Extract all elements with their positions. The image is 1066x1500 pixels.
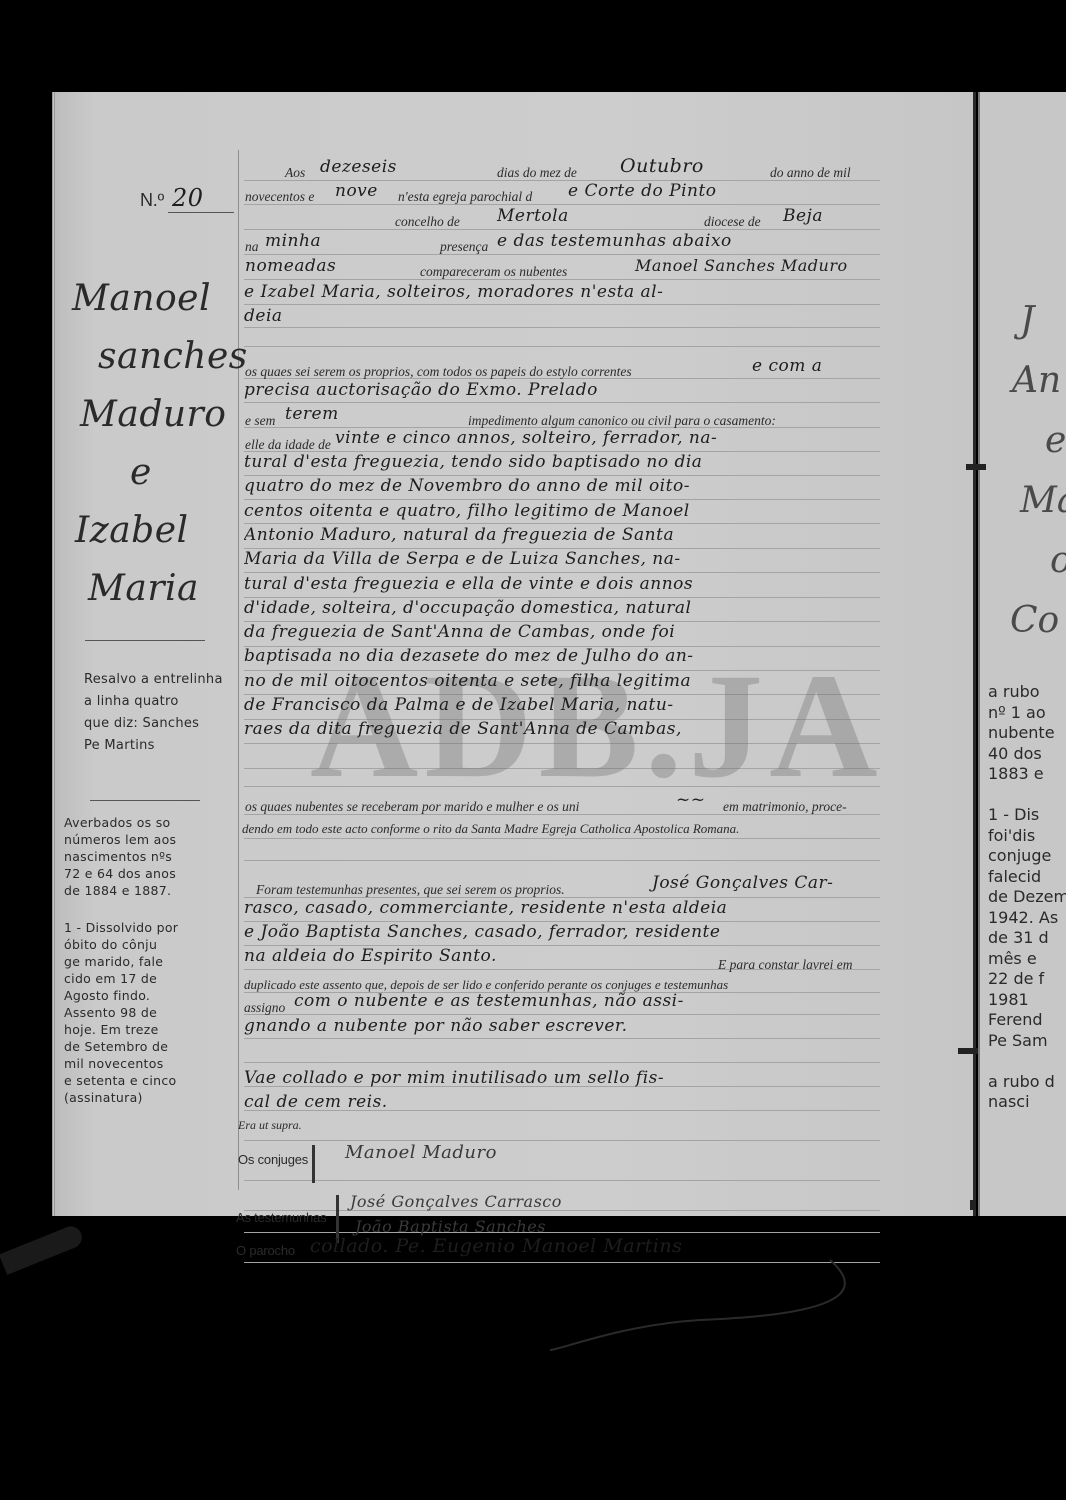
printed-text: impedimento algum canonico ou civil para… xyxy=(468,413,776,429)
margin-note-line: a linha quatro xyxy=(84,694,179,709)
ruled-line xyxy=(244,1180,880,1181)
next-page-note-line: 1981 xyxy=(988,990,1029,1009)
handwritten-line: da freguezia de Sant'Anna de Cambas, ond… xyxy=(244,622,884,642)
handwritten-text: na aldeia do Espirito Santo. xyxy=(244,946,497,966)
margin-note-line: Resalvo a entrelinha xyxy=(84,672,223,687)
ruled-line xyxy=(244,743,880,744)
next-page-note-line: falecid xyxy=(988,867,1041,886)
next-page-cursive: o xyxy=(1050,540,1066,581)
handwritten-line: Maria da Villa de Serpa e de Luiza Sanch… xyxy=(244,549,884,569)
margin-note-line: Agosto findo. xyxy=(64,988,150,1003)
margin-divider xyxy=(85,640,205,641)
printed-text: compareceram os nubentes xyxy=(420,264,567,280)
ruled-line xyxy=(244,1014,880,1015)
printed-text: assigno xyxy=(244,1000,285,1016)
margin-name-line: e xyxy=(130,452,152,493)
ruled-line xyxy=(244,1232,880,1233)
handwritten-text: e com a xyxy=(752,356,822,376)
margin-note-line: que diz: Sanches xyxy=(84,716,199,731)
handwritten-line: tural d'esta freguezia, tendo sido bapti… xyxy=(244,452,884,472)
witness-1-signature: José Gonçalves Carrasco xyxy=(350,1192,562,1211)
next-page-note-line: nubente xyxy=(988,723,1055,742)
handwritten-line: quatro do mez de Novembro do anno de mil… xyxy=(244,476,884,496)
printed-text: concelho de xyxy=(395,214,460,230)
body-line-32: gnando a nubente por não saber escrever. xyxy=(244,1016,884,1036)
municipality-written: Mertola xyxy=(497,206,569,226)
printed-text: diocese de xyxy=(704,214,761,230)
next-page-note-line: 1942. As xyxy=(988,908,1058,927)
margin-note-line: e setenta e cinco xyxy=(64,1073,176,1088)
next-page-note-line: de Dezem xyxy=(988,887,1066,906)
binding-clip xyxy=(970,1200,976,1210)
margin-name-line: Maria xyxy=(88,568,199,609)
record-number-underline xyxy=(168,212,234,213)
handwritten-line: no de mil oitocentos oitenta e sete, fil… xyxy=(244,671,884,691)
record-number: 20 xyxy=(172,184,204,212)
brace xyxy=(312,1145,315,1183)
next-page-cursive: Co xyxy=(1010,600,1059,641)
ruled-line xyxy=(244,786,880,787)
ruled-line xyxy=(244,1140,880,1141)
ruled-line xyxy=(244,254,880,255)
printed-text: e sem xyxy=(245,413,275,429)
next-page-note-line: 40 dos xyxy=(988,744,1042,763)
handwritten-text: vinte e cinco annos, solteiro, ferrador,… xyxy=(335,428,717,448)
record-number-label: N.º xyxy=(140,190,164,211)
margin-note-line: óbito do cônju xyxy=(64,937,157,952)
margin-note-line: Averbados os so xyxy=(64,815,171,830)
margin-note-line: cido em 17 de xyxy=(64,971,157,986)
next-page-note-line: de 31 d xyxy=(988,928,1049,947)
binding-clip xyxy=(966,464,986,470)
body-line-33: Vae collado e por mim inutilisado um sel… xyxy=(244,1068,884,1088)
body-line-9: precisa auctorisação do Exmo. Prelado xyxy=(244,380,884,400)
next-page-note-line: a rubo xyxy=(988,682,1040,701)
handwritten-text: minha xyxy=(265,231,321,251)
body-line-27: rasco, casado, commerciante, residente n… xyxy=(244,898,884,918)
next-page-cursive: Ma xyxy=(1020,480,1066,521)
margin-note-line: 72 e 64 dos anos xyxy=(64,866,176,881)
printed-text: novecentos e xyxy=(245,189,314,205)
margin-note-line: ge marido, fale xyxy=(64,954,163,969)
handwritten-text: e das testemunhas abaixo xyxy=(497,231,732,251)
ruled-line xyxy=(244,838,880,839)
next-page-note-line: 1883 e xyxy=(988,764,1044,783)
day-written: dezeseis xyxy=(320,157,397,177)
groom-name-written: Manoel Sanches Maduro xyxy=(635,256,848,275)
ruled-line xyxy=(244,768,880,769)
next-page-note-line: 1 - Dis xyxy=(988,805,1039,824)
printed-text: Aos xyxy=(285,165,305,181)
ruled-line xyxy=(244,1210,880,1211)
printed-text: os quaes nubentes se receberam por marid… xyxy=(245,799,579,815)
printed-text: os quaes sei serem os proprios, com todo… xyxy=(245,364,632,380)
next-page-note-line: Pe Sam xyxy=(988,1031,1048,1050)
printed-text: presença xyxy=(440,239,488,255)
next-page-note-line: Ferend xyxy=(988,1010,1043,1029)
diocese-written: Beja xyxy=(783,206,823,226)
ruled-line xyxy=(244,1038,880,1039)
body-line-25: dendo em todo este acto conforme o rito … xyxy=(242,821,739,837)
next-page-note-line: mês e xyxy=(988,949,1037,968)
binding-clip xyxy=(958,1048,978,1054)
printed-label: Os conjuges xyxy=(238,1152,308,1167)
next-page-note-line: nasci xyxy=(988,1092,1030,1111)
printed-label: As testemunhas xyxy=(236,1210,326,1225)
ruled-line xyxy=(244,1062,880,1063)
margin-name-line: Manoel xyxy=(72,278,211,319)
next-page-note-line: nº 1 ao xyxy=(988,703,1046,722)
margin-name-line: Maduro xyxy=(80,394,226,435)
margin-note-line: hoje. Em treze xyxy=(64,1022,159,1037)
printed-label: O parocho xyxy=(236,1243,295,1258)
margin-note-line: mil novecentos xyxy=(64,1056,164,1071)
handwritten-line: tural d'esta freguezia e ella de vinte e… xyxy=(244,574,884,594)
handwritten-line: baptisada no dia dezasete do mez de Julh… xyxy=(244,646,884,666)
handwritten-line: raes da dita freguezia de Sant'Anna de C… xyxy=(244,719,884,739)
body-line-28: e João Baptista Sanches, casado, ferrado… xyxy=(244,922,884,942)
margin-column-divider xyxy=(238,150,239,1190)
body-line-7: deia xyxy=(244,306,884,326)
margin-note-line: (assinatura) xyxy=(64,1090,143,1105)
printed-text: em matrimonio, proce- xyxy=(723,799,847,815)
handwritten-line: d'idade, solteira, d'occupação domestica… xyxy=(244,598,884,618)
handwritten-line: Antonio Maduro, natural da freguezia de … xyxy=(244,525,884,545)
handwritten-line: centos oitenta e quatro, filho legitimo … xyxy=(244,501,884,521)
margin-divider-2 xyxy=(90,800,200,801)
margin-note-line: Assento 98 de xyxy=(64,1005,157,1020)
printed-text: elle da idade de xyxy=(245,437,331,453)
handwritten-line: de Francisco da Palma e de Izabel Maria,… xyxy=(244,695,884,715)
ruled-line xyxy=(244,327,880,328)
next-page-cursive: e xyxy=(1045,420,1066,461)
year-written: nove xyxy=(335,181,378,201)
ruled-line xyxy=(244,860,880,861)
margin-note-line: Pe Martins xyxy=(84,738,155,753)
priest-signature: collado. Pe. Eugenio Manoel Martins xyxy=(310,1235,682,1257)
ruled-line xyxy=(244,402,880,403)
next-page-cursive: J xyxy=(1020,300,1034,341)
ruled-line xyxy=(244,229,880,230)
ruled-line xyxy=(244,346,880,347)
handwritten-text: com o nubente e as testemunhas, não assi… xyxy=(294,991,684,1011)
ruled-line xyxy=(244,523,880,524)
handwritten-text: ~~ xyxy=(676,790,706,810)
printed-text: n'esta egreja parochial d xyxy=(398,189,532,205)
margin-note-line: de Setembro de xyxy=(64,1039,168,1054)
handwritten-text: José Gonçalves Car- xyxy=(652,873,833,893)
margin-note-line: de 1884 e 1887. xyxy=(64,883,171,898)
printed-text: E para constar lavrei em xyxy=(718,957,852,973)
printed-text: Foram testemunhas presentes, que sei ser… xyxy=(256,882,565,898)
groom-signature: Manoel Maduro xyxy=(345,1142,497,1163)
handwritten-text: nomeadas xyxy=(245,256,336,276)
printed-text: na xyxy=(245,239,259,255)
next-page-cursive: An xyxy=(1012,360,1061,401)
printed-text: dias do mez de xyxy=(497,165,577,181)
margin-note-line: números lem aos xyxy=(64,832,176,847)
binding-ring xyxy=(0,1223,85,1275)
handwritten-text: terem xyxy=(285,404,339,424)
ruled-line xyxy=(244,304,880,305)
margin-note-line: 1 - Dissolvido por xyxy=(64,920,178,935)
parish-written: e Corte do Pinto xyxy=(568,181,717,201)
next-page-note-line: foi'dis xyxy=(988,826,1035,845)
month-written: Outubro xyxy=(620,155,704,177)
body-line-34: cal de cem reis. xyxy=(244,1092,884,1112)
body-line-35: Era ut supra. xyxy=(238,1118,302,1133)
next-page-note-line: conjuge xyxy=(988,846,1051,865)
margin-name-line: Izabel xyxy=(75,510,189,551)
witness-2-signature: João Baptista Sanches xyxy=(355,1217,546,1236)
margin-note-line: nascimentos nºs xyxy=(64,849,172,864)
signature-flourish xyxy=(500,1255,860,1355)
ruled-line xyxy=(244,204,880,205)
body-line-6: e Izabel Maria, solteiros, moradores n'e… xyxy=(244,282,884,302)
next-page-note-line: 22 de f xyxy=(988,969,1044,988)
margin-name-line: sanches xyxy=(98,336,248,377)
next-page-note-line: a rubo d xyxy=(988,1072,1055,1091)
printed-text: do anno de mil xyxy=(770,165,851,181)
